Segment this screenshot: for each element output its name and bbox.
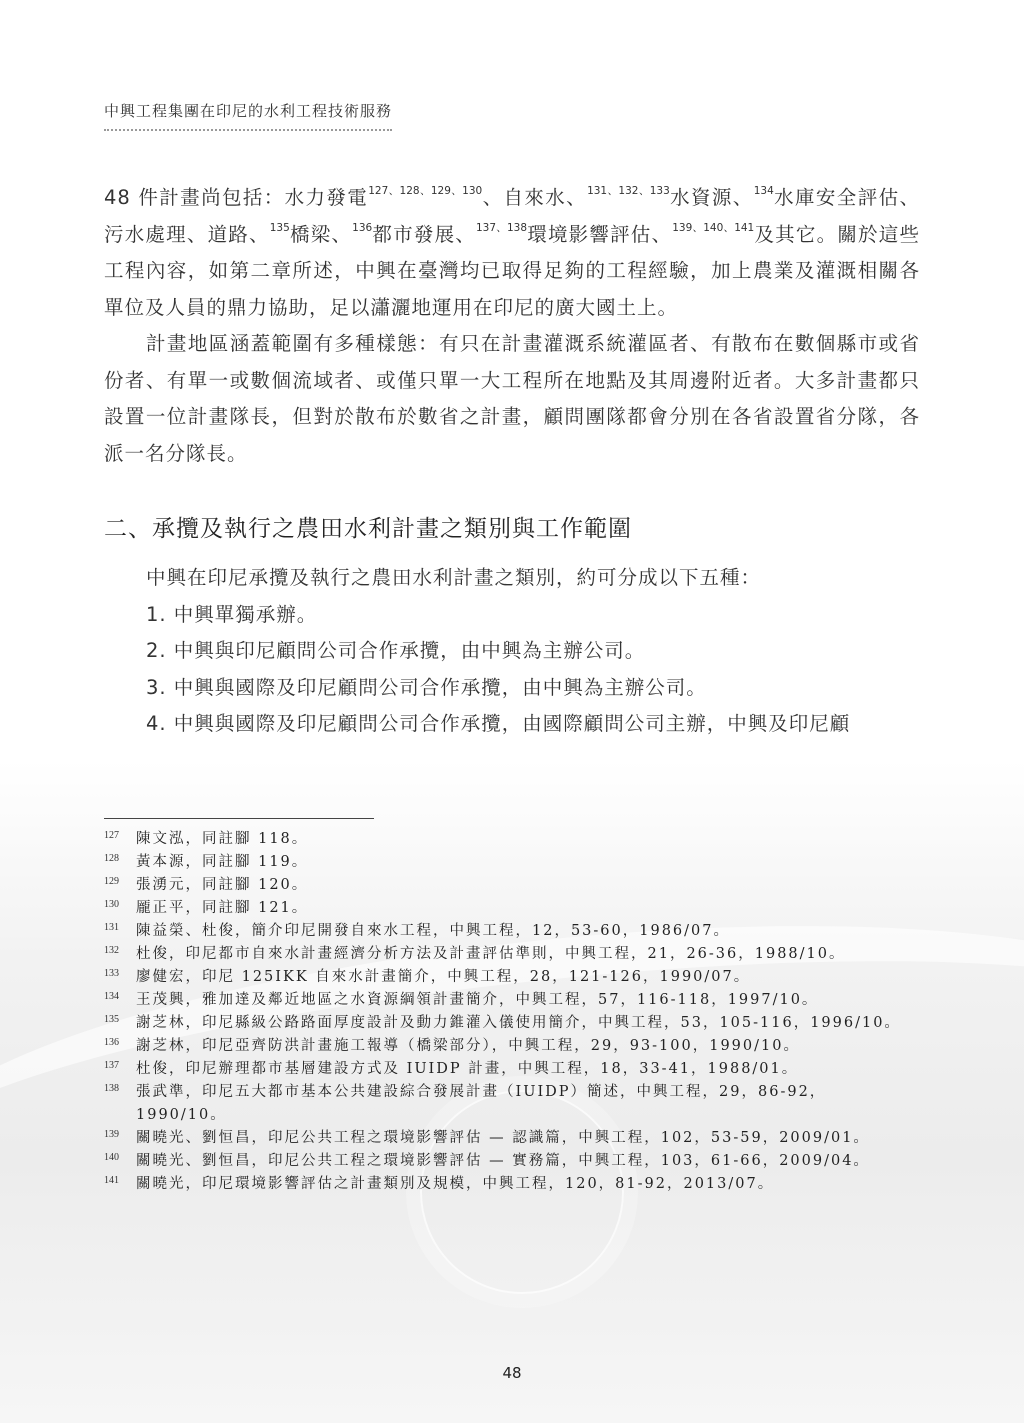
footnote-text: 王茂興，雅加達及鄰近地區之水資源綱領計畫簡介，中興工程，57，116-118，1… bbox=[136, 989, 916, 1012]
paragraph-1-text: 橋梁、 bbox=[290, 223, 352, 246]
footnote-text: 陳益榮、杜俊，簡介印尼開發自來水工程，中興工程，12，53-60，1986/07… bbox=[136, 920, 916, 943]
footnote-number: 139 bbox=[104, 1127, 136, 1150]
footnote-divider bbox=[104, 818, 374, 819]
list-item: 3. 中興與國際及印尼顧問公司合作承攬，由中興為主辦公司。 bbox=[146, 670, 926, 707]
document-page: 中興工程集團在印尼的水利工程技術服務 48 件計畫尚包括：水力發電127、128… bbox=[0, 0, 1024, 1423]
footnote: 132杜俊，印尼都市自來水計畫經濟分析方法及計畫評估準則，中興工程，21，26-… bbox=[104, 943, 916, 966]
footnote-number: 132 bbox=[104, 943, 136, 966]
footnote: 138張武準，印尼五大都市基本公共建設綜合發展計畫（IUIDP）簡述，中興工程，… bbox=[104, 1081, 916, 1127]
paragraph-1-text: 水資源、 bbox=[670, 186, 754, 209]
footnote: 135謝芝林，印尼縣級公路路面厚度設計及動力錐灌入儀使用簡介，中興工程，53，1… bbox=[104, 1012, 916, 1035]
paragraph-1: 48 件計畫尚包括：水力發電127、128、129、130、自來水、131、13… bbox=[104, 180, 920, 326]
footnotes: 127陳文泓，同註腳 118。 128黃本源，同註腳 119。 129張湧元，同… bbox=[104, 828, 916, 1196]
footnote-number: 136 bbox=[104, 1035, 136, 1058]
footnote-text: 張武準，印尼五大都市基本公共建設綜合發展計畫（IUIDP）簡述，中興工程，29，… bbox=[136, 1081, 916, 1127]
footnote-ref[interactable]: 139、140、141 bbox=[672, 222, 754, 234]
footnote-text: 杜俊，印尼辦理都市基層建設方式及 IUIDP 計畫，中興工程，18，33-41，… bbox=[136, 1058, 916, 1081]
footnote: 129張湧元，同註腳 120。 bbox=[104, 874, 916, 897]
body-text: 48 件計畫尚包括：水力發電127、128、129、130、自來水、131、13… bbox=[104, 180, 920, 472]
footnote: 133廖健宏，印尼 125IKK 自來水計畫簡介，中興工程，28，121-126… bbox=[104, 966, 916, 989]
footnote-ref[interactable]: 135 bbox=[270, 222, 290, 234]
footnote-text: 廖健宏，印尼 125IKK 自來水計畫簡介，中興工程，28，121-126，19… bbox=[136, 966, 916, 989]
footnote-text: 龎正平，同註腳 121。 bbox=[136, 897, 916, 920]
category-list: 中興在印尼承攬及執行之農田水利計畫之類別，約可分成以下五種： 1. 中興單獨承辦… bbox=[146, 560, 926, 743]
footnote: 130龎正平，同註腳 121。 bbox=[104, 897, 916, 920]
footnote: 134王茂興，雅加達及鄰近地區之水資源綱領計畫簡介，中興工程，57，116-11… bbox=[104, 989, 916, 1012]
footnote-number: 138 bbox=[104, 1081, 136, 1127]
footnote-number: 133 bbox=[104, 966, 136, 989]
paragraph-1-text: 環境影響評估、 bbox=[527, 223, 672, 246]
footnote-number: 134 bbox=[104, 989, 136, 1012]
footnote-number: 135 bbox=[104, 1012, 136, 1035]
footnote-ref[interactable]: 134 bbox=[754, 185, 774, 197]
footnote-ref[interactable]: 127、128、129、130 bbox=[368, 185, 482, 197]
footnote: 139關曉光、劉恒昌，印尼公共工程之環境影響評估 — 認識篇，中興工程，102，… bbox=[104, 1127, 916, 1150]
footnote-text: 謝芝林，印尼亞齊防洪計畫施工報導（橋梁部分），中興工程，29，93-100，19… bbox=[136, 1035, 916, 1058]
list-item: 2. 中興與印尼顧問公司合作承攬，由中興為主辦公司。 bbox=[146, 633, 926, 670]
footnote-text: 關曉光，印尼環境影響評估之計畫類別及規模，中興工程，120，81-92，2013… bbox=[136, 1173, 916, 1196]
footnote-number: 129 bbox=[104, 874, 136, 897]
footnote: 140關曉光、劉恒昌，印尼公共工程之環境影響評估 — 實務篇，中興工程，103，… bbox=[104, 1150, 916, 1173]
footnote-text: 關曉光、劉恒昌，印尼公共工程之環境影響評估 — 實務篇，中興工程，103，61-… bbox=[136, 1150, 916, 1173]
footnote-number: 137 bbox=[104, 1058, 136, 1081]
paragraph-1-text: 都市發展、 bbox=[372, 223, 476, 246]
footnote-number: 127 bbox=[104, 828, 136, 851]
footnote-number: 130 bbox=[104, 897, 136, 920]
footnote-text: 關曉光、劉恒昌，印尼公共工程之環境影響評估 — 認識篇，中興工程，102，53-… bbox=[136, 1127, 916, 1150]
footnote: 131陳益榮、杜俊，簡介印尼開發自來水工程，中興工程，12，53-60，1986… bbox=[104, 920, 916, 943]
footnote: 141關曉光，印尼環境影響評估之計畫類別及規模，中興工程，120，81-92，2… bbox=[104, 1173, 916, 1196]
footnote-ref[interactable]: 137、138 bbox=[476, 222, 527, 234]
footnote-text: 謝芝林，印尼縣級公路路面厚度設計及動力錐灌入儀使用簡介，中興工程，53，105-… bbox=[136, 1012, 916, 1035]
intro-line: 中興在印尼承攬及執行之農田水利計畫之類別，約可分成以下五種： bbox=[146, 560, 926, 597]
paragraph-2: 計畫地區涵蓋範圍有多種樣態：有只在計畫灌溉系統灌區者、有散布在數個縣市或省份者、… bbox=[104, 326, 920, 472]
footnote: 128黃本源，同註腳 119。 bbox=[104, 851, 916, 874]
footnote-ref[interactable]: 136 bbox=[352, 222, 372, 234]
footnote-text: 杜俊，印尼都市自來水計畫經濟分析方法及計畫評估準則，中興工程，21，26-36，… bbox=[136, 943, 916, 966]
footnote-text: 張湧元，同註腳 120。 bbox=[136, 874, 916, 897]
footnote: 137杜俊，印尼辦理都市基層建設方式及 IUIDP 計畫，中興工程，18，33-… bbox=[104, 1058, 916, 1081]
section-heading: 二、承攬及執行之農田水利計畫之類別與工作範圍 bbox=[104, 510, 632, 543]
footnote-number: 140 bbox=[104, 1150, 136, 1173]
paragraph-1-text: 、自來水、 bbox=[482, 186, 587, 209]
footnote-ref[interactable]: 131、132、133 bbox=[587, 185, 670, 197]
page-number: 48 bbox=[0, 1364, 1024, 1382]
footnote-number: 141 bbox=[104, 1173, 136, 1196]
list-item: 4. 中興與國際及印尼顧問公司合作承攬，由國際顧問公司主辦，中興及印尼顧 bbox=[146, 706, 926, 743]
footnote: 127陳文泓，同註腳 118。 bbox=[104, 828, 916, 851]
footnote: 136謝芝林，印尼亞齊防洪計畫施工報導（橋梁部分），中興工程，29，93-100… bbox=[104, 1035, 916, 1058]
running-header: 中興工程集團在印尼的水利工程技術服務 bbox=[104, 100, 392, 131]
footnote-number: 131 bbox=[104, 920, 136, 943]
footnote-text: 黃本源，同註腳 119。 bbox=[136, 851, 916, 874]
list-item: 1. 中興單獨承辦。 bbox=[146, 597, 926, 634]
footnote-number: 128 bbox=[104, 851, 136, 874]
paragraph-1-text: 48 件計畫尚包括：水力發電 bbox=[104, 186, 368, 209]
footnote-text: 陳文泓，同註腳 118。 bbox=[136, 828, 916, 851]
